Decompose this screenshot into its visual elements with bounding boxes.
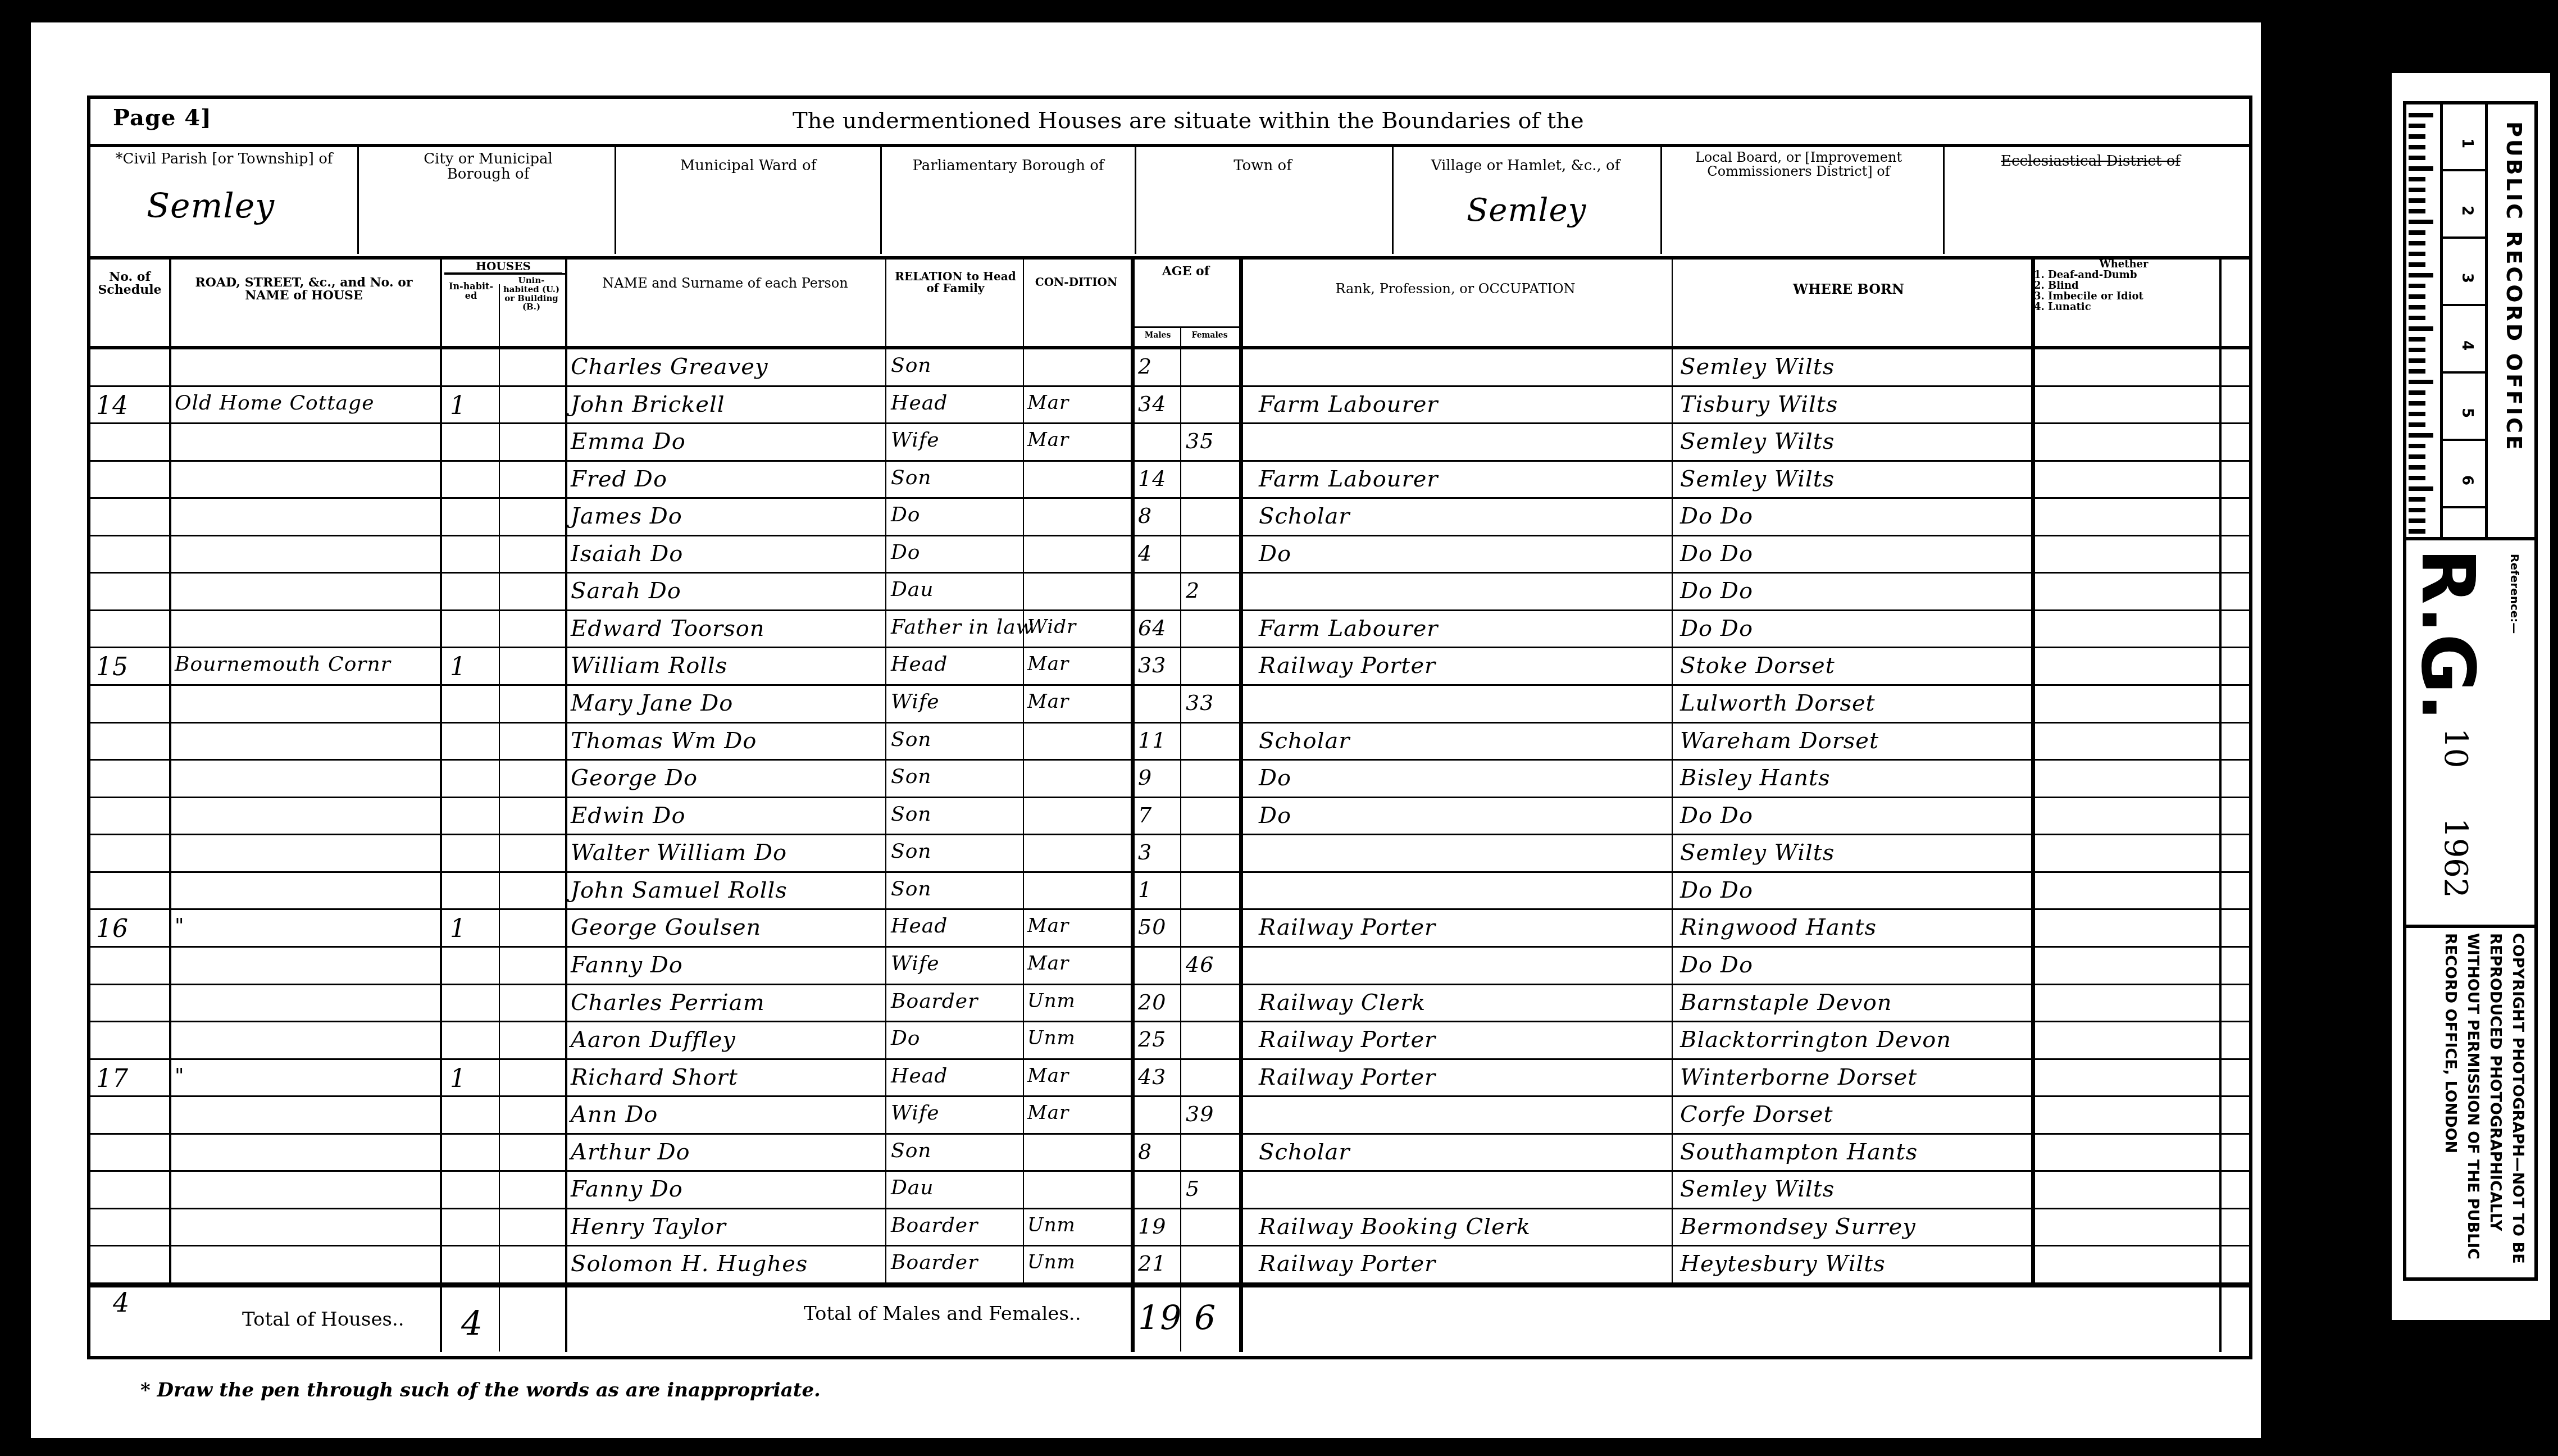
ruler-tick xyxy=(2409,252,2425,256)
table-row: Charles GreaveySon2Semley Wilts xyxy=(90,349,2249,387)
col-uninhabited: Unin-habited (U.) or Building (B.) xyxy=(500,276,562,312)
table-row: Henry TaylorBoarderUnm19Railway Booking … xyxy=(90,1209,2249,1247)
cell-relation: Wife xyxy=(891,1102,1023,1125)
cell-where-born: Do Do xyxy=(1680,616,2028,641)
ruler-number: 4 xyxy=(2459,340,2475,351)
col-schedule: No. of Schedule xyxy=(90,271,169,297)
cell-where-born: Corfe Dorset xyxy=(1680,1102,2028,1127)
cell-male-age: 2 xyxy=(1138,354,1180,379)
cell-male-age: 1 xyxy=(1138,877,1180,902)
houses-subdivider xyxy=(444,273,565,275)
cell-where-born: Lulworth Dorset xyxy=(1680,690,2028,716)
cell-condition: Unm xyxy=(1027,990,1128,1012)
table-row: Fred DoSon14Farm LabourerSemley Wilts xyxy=(90,462,2249,499)
reference-piece: 10 xyxy=(2437,728,2474,768)
col-inhabited: In-habit-ed xyxy=(444,282,498,301)
ruler-separator xyxy=(2443,236,2485,239)
cell-occupation: Farm Labourer xyxy=(1259,616,1669,641)
civil-parish-value: Semley xyxy=(147,186,275,226)
cell-relation: Boarder xyxy=(891,1214,1023,1237)
cell-where-born: Stoke Dorset xyxy=(1680,653,2028,679)
table-row: George DoSon9DoBisley Hants xyxy=(90,761,2249,798)
ruler-tick xyxy=(2409,316,2425,320)
cell-female-age: 35 xyxy=(1186,429,1236,453)
cell-relation: Son xyxy=(891,1139,1023,1162)
cell-where-born: Semley Wilts xyxy=(1680,1176,2028,1202)
ruler-separator xyxy=(2443,371,2485,374)
boundary-borough: City or Municipal Borough of xyxy=(359,147,616,254)
ruler-tick xyxy=(2409,134,2425,139)
cell-condition: Mar xyxy=(1027,1102,1128,1124)
reference-label: Reference:— xyxy=(2508,554,2521,634)
cell-condition: Mar xyxy=(1027,653,1128,675)
ruler-tick xyxy=(2409,444,2425,448)
ruler-separator xyxy=(2443,304,2485,306)
col-condition: CON-DITION xyxy=(1026,276,1127,288)
ruler xyxy=(2406,104,2443,537)
ruler-separator xyxy=(2443,169,2485,171)
table-row: Mary Jane DoWifeMar33Lulworth Dorset xyxy=(90,686,2249,724)
cell-male-age: 8 xyxy=(1138,503,1180,528)
col-houses: HOUSES xyxy=(444,261,562,274)
cell-female-age: 39 xyxy=(1186,1102,1236,1126)
boundary-row: *Civil Parish [or Township] of Semley Ci… xyxy=(90,147,2249,254)
cell-relation: Do xyxy=(891,541,1023,564)
record-office-strip: 123456 PUBLIC RECORD OFFICE R.G. Referen… xyxy=(2392,73,2550,1320)
cell-where-born: Blacktorrington Devon xyxy=(1680,1027,2028,1053)
table-row: Arthur DoSon8ScholarSouthampton Hants xyxy=(90,1135,2249,1172)
column-header-row: No. of Schedule ROAD, STREET, &c., and N… xyxy=(90,260,2249,351)
cell-condition: Unm xyxy=(1027,1027,1128,1049)
ruler-separator xyxy=(2443,506,2485,508)
cell-relation: Do xyxy=(891,1027,1023,1050)
ruler-tick xyxy=(2409,454,2425,459)
ruler-number: 1 xyxy=(2459,138,2475,148)
cell-relation: Do xyxy=(891,503,1023,526)
boundary-ward: Municipal Ward of xyxy=(616,147,882,254)
ruler-tick xyxy=(2409,156,2425,160)
cell-occupation: Railway Porter xyxy=(1259,1027,1669,1053)
cell-where-born: Semley Wilts xyxy=(1680,429,2028,454)
ruler-tick xyxy=(2409,124,2425,128)
total-houses-value: 4 xyxy=(461,1304,483,1344)
col-females: Females xyxy=(1183,331,1236,340)
total-males: 19 xyxy=(1138,1299,1182,1338)
cell-name: Ann Do xyxy=(571,1102,885,1127)
cell-female-age: 2 xyxy=(1186,578,1236,603)
cell-name: Aaron Duffley xyxy=(571,1027,885,1053)
table-row: Isaiah DoDo4DoDo Do xyxy=(90,536,2249,574)
cell-where-born: Tisbury Wilts xyxy=(1680,392,2028,417)
cell-relation: Son xyxy=(891,466,1023,489)
divider xyxy=(2406,537,2534,540)
table-row: Edwin DoSon7DoDo Do xyxy=(90,798,2249,836)
cell-inhabited: 1 xyxy=(450,1064,495,1093)
ruler-tick xyxy=(2409,262,2425,267)
cell-female-age: 46 xyxy=(1186,952,1236,977)
cell-relation: Dau xyxy=(891,1176,1023,1199)
cell-relation: Boarder xyxy=(891,1251,1023,1274)
table-row: Thomas Wm DoSon11ScholarWareham Dorset xyxy=(90,724,2249,761)
ruler-tick xyxy=(2409,422,2425,427)
cell-male-age: 33 xyxy=(1138,653,1180,677)
cell-relation: Son xyxy=(891,354,1023,377)
cell-occupation: Railway Porter xyxy=(1259,1251,1669,1277)
table-row: Aaron DuffleyDoUnm25Railway PorterBlackt… xyxy=(90,1022,2249,1060)
ruler-tick xyxy=(2409,348,2425,352)
cell-where-born: Do Do xyxy=(1680,803,2028,829)
cell-name: Arthur Do xyxy=(571,1139,885,1165)
ruler-tick xyxy=(2409,486,2433,491)
cell-relation: Dau xyxy=(891,578,1023,601)
ruler-tick xyxy=(2409,465,2425,470)
ruler-tick xyxy=(2409,337,2425,342)
cell-relation: Head xyxy=(891,914,1023,938)
cell-where-born: Semley Wilts xyxy=(1680,466,2028,492)
cell-inhabited: 1 xyxy=(450,914,495,943)
cell-schedule: 14 xyxy=(96,392,163,420)
cell-name: Edwin Do xyxy=(571,803,885,829)
ruler-tick xyxy=(2409,145,2425,149)
page-label: Page 4] xyxy=(113,104,212,131)
cell-where-born: Semley Wilts xyxy=(1680,840,2028,866)
cell-condition: Mar xyxy=(1027,690,1128,713)
cell-name: George Goulsen xyxy=(571,914,885,940)
cell-where-born: Winterborne Dorset xyxy=(1680,1064,2028,1090)
ruler-tick xyxy=(2409,198,2425,203)
ruler-tick xyxy=(2409,230,2425,235)
ruler-number-band: 123456 xyxy=(2443,104,2488,537)
cell-name: Emma Do xyxy=(571,429,885,454)
cell-male-age: 64 xyxy=(1138,616,1180,640)
cell-male-age: 50 xyxy=(1138,914,1180,939)
cell-condition: Mar xyxy=(1027,429,1128,451)
cell-road: Bournemouth Cornr xyxy=(175,653,439,676)
cell-condition: Mar xyxy=(1027,952,1128,975)
ruler-tick xyxy=(2409,209,2425,213)
ruler-number: 5 xyxy=(2459,408,2475,418)
ruler-tick xyxy=(2409,220,2433,224)
cell-male-age: 11 xyxy=(1138,728,1180,753)
cell-where-born: Bisley Hants xyxy=(1680,765,2028,791)
total-females: 6 xyxy=(1194,1299,1216,1338)
cell-schedule: 17 xyxy=(96,1064,163,1093)
table-row: 17"1Richard ShortHeadMar43Railway Porter… xyxy=(90,1060,2249,1098)
cell-male-age: 14 xyxy=(1138,466,1180,491)
cell-schedule: 16 xyxy=(96,914,163,943)
cell-occupation: Do xyxy=(1259,803,1669,829)
cell-name: Charles Perriam xyxy=(571,990,885,1016)
cell-relation: Father in law xyxy=(891,616,1023,639)
cell-male-age: 19 xyxy=(1138,1214,1180,1239)
cell-occupation: Scholar xyxy=(1259,503,1669,529)
cell-road: " xyxy=(175,914,439,938)
cell-occupation: Farm Labourer xyxy=(1259,392,1669,417)
cell-occupation: Railway Porter xyxy=(1259,1064,1669,1090)
cell-schedule: 15 xyxy=(96,653,163,681)
boundary-ecclesiastical: Ecclesiastical District of xyxy=(1945,147,2248,254)
ruler-tick xyxy=(2409,358,2425,363)
col-occupation: Rank, Profession, or OCCUPATION xyxy=(1248,282,1663,296)
cell-name: John Brickell xyxy=(571,392,885,417)
cell-male-age: 3 xyxy=(1138,840,1180,865)
cell-name: Walter William Do xyxy=(571,840,885,866)
cell-relation: Head xyxy=(891,392,1023,415)
cell-where-born: Do Do xyxy=(1680,578,2028,604)
cell-occupation: Farm Labourer xyxy=(1259,466,1669,492)
page-banner: The undermentioned Houses are situate wi… xyxy=(793,109,1584,133)
cell-name: William Rolls xyxy=(571,653,885,679)
total-schedules: 4 xyxy=(113,1287,130,1318)
table-row: Sarah DoDau2Do Do xyxy=(90,574,2249,611)
boundary-village: Village or Hamlet, &c., of Semley xyxy=(1394,147,1662,254)
table-row: John Samuel RollsSon1Do Do xyxy=(90,873,2249,911)
cell-inhabited: 1 xyxy=(450,392,495,420)
col-where-born: WHERE BORN xyxy=(1674,282,2023,296)
ruler-tick xyxy=(2409,380,2433,384)
cell-name: Sarah Do xyxy=(571,578,885,604)
cell-condition: Mar xyxy=(1027,1064,1128,1087)
boundary-civil-parish: *Civil Parish [or Township] of Semley xyxy=(90,147,359,254)
cell-name: Isaiah Do xyxy=(571,541,885,567)
census-entries: Charles GreaveySon2Semley Wilts14Old Hom… xyxy=(90,349,2249,1284)
cell-occupation: Railway Porter xyxy=(1259,653,1669,679)
cell-relation: Head xyxy=(891,653,1023,676)
cell-occupation: Scholar xyxy=(1259,1139,1669,1165)
cell-condition: Mar xyxy=(1027,914,1128,937)
ruler-tick xyxy=(2409,177,2425,181)
ruler-separator xyxy=(2443,439,2485,441)
village-value: Semley xyxy=(1467,192,1586,229)
record-office-title: PUBLIC RECORD OFFICE xyxy=(2502,121,2527,452)
cell-inhabited: 1 xyxy=(450,653,495,681)
cell-condition: Mar xyxy=(1027,392,1128,414)
table-row: Fanny DoWifeMar46Do Do xyxy=(90,948,2249,985)
cell-male-age: 8 xyxy=(1138,1139,1180,1164)
cell-name: Fanny Do xyxy=(571,952,885,978)
table-row: 15Bournemouth Cornr1William RollsHeadMar… xyxy=(90,648,2249,686)
ruler-tick xyxy=(2409,273,2433,277)
ruler-tick xyxy=(2409,412,2425,416)
ruler-tick xyxy=(2409,166,2433,171)
cell-name: Edward Toorson xyxy=(571,616,885,641)
ruler-tick xyxy=(2409,433,2433,438)
cell-where-born: Do Do xyxy=(1680,877,2028,903)
cell-relation: Son xyxy=(891,877,1023,900)
cell-occupation: Do xyxy=(1259,765,1669,791)
cell-where-born: Semley Wilts xyxy=(1680,354,2028,380)
cell-female-age: 33 xyxy=(1186,690,1236,715)
cell-condition: Unm xyxy=(1027,1214,1128,1236)
cell-name: John Samuel Rolls xyxy=(571,877,885,903)
cell-condition: Unm xyxy=(1027,1251,1128,1273)
cell-relation: Son xyxy=(891,765,1023,788)
ruler-tick xyxy=(2409,326,2433,331)
cell-relation: Wife xyxy=(891,429,1023,452)
cell-name: Charles Greavey xyxy=(571,354,885,380)
cell-where-born: Ringwood Hants xyxy=(1680,914,2028,940)
ruler-tick xyxy=(2409,401,2425,406)
cell-name: Mary Jane Do xyxy=(571,690,885,716)
table-row: 16"1George GoulsenHeadMar50Railway Porte… xyxy=(90,910,2249,948)
cell-where-born: Barnstaple Devon xyxy=(1680,990,2028,1016)
cell-male-age: 43 xyxy=(1138,1064,1180,1089)
cell-occupation: Railway Porter xyxy=(1259,914,1669,940)
cell-name: George Do xyxy=(571,765,885,791)
ruler-tick xyxy=(2409,188,2425,192)
cell-name: Fred Do xyxy=(571,466,885,492)
ruler-tick xyxy=(2409,284,2425,288)
col-age: AGE of xyxy=(1135,265,1236,278)
cell-relation: Head xyxy=(891,1064,1023,1088)
cell-name: Solomon H. Hughes xyxy=(571,1251,885,1277)
cell-relation: Wife xyxy=(891,952,1023,975)
cell-male-age: 25 xyxy=(1138,1027,1180,1052)
ruler-tick xyxy=(2409,476,2425,480)
cell-relation: Son xyxy=(891,840,1023,863)
table-row: Fanny DoDau5Semley Wilts xyxy=(90,1172,2249,1209)
table-row: Charles PerriamBoarderUnm20Railway Clerk… xyxy=(90,985,2249,1023)
table-row: Walter William DoSon3Semley Wilts xyxy=(90,835,2249,873)
col-relation: RELATION to Head of Family xyxy=(888,271,1023,294)
cell-male-age: 9 xyxy=(1138,765,1180,790)
ruler-number: 2 xyxy=(2459,206,2475,216)
table-row: Ann DoWifeMar39Corfe Dorset xyxy=(90,1097,2249,1135)
ruler-number: 3 xyxy=(2459,273,2475,283)
cell-where-born: Do Do xyxy=(1680,541,2028,567)
footnote: * Draw the pen through such of the words… xyxy=(140,1379,821,1402)
col-road: ROAD, STREET, &c., and No. or NAME of HO… xyxy=(175,276,433,302)
cell-where-born: Heytesbury Wilts xyxy=(1680,1251,2028,1277)
ruler-tick xyxy=(2409,369,2425,374)
cell-occupation: Do xyxy=(1259,541,1669,567)
cell-name: Fanny Do xyxy=(571,1176,885,1202)
total-persons-label: Total of Males and Females.. xyxy=(804,1304,1081,1325)
cell-male-age: 7 xyxy=(1138,803,1180,827)
cell-male-age: 4 xyxy=(1138,541,1180,566)
cell-occupation: Scholar xyxy=(1259,728,1669,754)
cell-condition: Widr xyxy=(1027,616,1128,638)
cell-relation: Boarder xyxy=(891,990,1023,1013)
ruler-tick xyxy=(2409,497,2425,502)
cell-name: Henry Taylor xyxy=(571,1214,885,1240)
cell-relation: Son xyxy=(891,803,1023,826)
table-row: Emma DoWifeMar35Semley Wilts xyxy=(90,424,2249,462)
cell-where-born: Wareham Dorset xyxy=(1680,728,2028,754)
cell-occupation: Railway Booking Clerk xyxy=(1259,1214,1669,1240)
cell-name: Richard Short xyxy=(571,1064,885,1090)
ruler-tick xyxy=(2409,241,2425,245)
ruler-tick xyxy=(2409,529,2425,534)
cell-male-age: 21 xyxy=(1138,1251,1180,1276)
ruler-tick xyxy=(2409,294,2425,299)
census-form: Page 4] The undermentioned Houses are si… xyxy=(87,95,2252,1359)
table-row: James DoDo8ScholarDo Do xyxy=(90,499,2249,536)
table-row: Edward ToorsonFather in lawWidr64Farm La… xyxy=(90,611,2249,649)
table-row: Solomon H. HughesBoarderUnm21Railway Por… xyxy=(90,1246,2249,1284)
age-subdivider xyxy=(1132,326,1239,328)
cell-road: Old Home Cottage xyxy=(175,392,439,415)
col-males: Males xyxy=(1135,331,1180,340)
total-houses-label: Total of Houses.. xyxy=(242,1310,404,1330)
table-row: 14Old Home Cottage1John BrickellHeadMar3… xyxy=(90,387,2249,425)
ruler-tick xyxy=(2409,113,2433,117)
ruler-number: 6 xyxy=(2459,475,2475,485)
cell-where-born: Do Do xyxy=(1680,952,2028,978)
col-name: NAME and Surname of each Person xyxy=(568,276,882,290)
cell-where-born: Do Do xyxy=(1680,503,2028,529)
ruler-tick xyxy=(2409,390,2425,395)
cell-relation: Wife xyxy=(891,690,1023,713)
cell-female-age: 5 xyxy=(1186,1176,1236,1201)
ruler-tick xyxy=(2409,305,2425,310)
cell-name: James Do xyxy=(571,503,885,529)
cell-where-born: Bermondsey Surrey xyxy=(1680,1214,2028,1240)
col-infirmity: Whether 1. Deaf-and-Dumb 2. Blind 3. Imb… xyxy=(2034,260,2214,312)
cell-male-age: 20 xyxy=(1138,990,1180,1014)
reference-folio: 1962 xyxy=(2437,818,2474,898)
copyright-notice: COPYRIGHT PHOTOGRAPH—NOT TO BE REPRODUCE… xyxy=(2439,933,2529,1270)
cell-where-born: Southampton Hants xyxy=(1680,1139,2028,1165)
cell-occupation: Railway Clerk xyxy=(1259,990,1669,1016)
cell-relation: Son xyxy=(891,728,1023,751)
cell-road: " xyxy=(175,1064,439,1088)
boundary-town: Town of xyxy=(1136,147,1394,254)
ruler-tick xyxy=(2409,508,2425,512)
divider xyxy=(2406,925,2534,928)
boundary-parliamentary: Parliamentary Borough of xyxy=(882,147,1136,254)
reference-series: R.G. xyxy=(2405,548,2491,721)
totals-row: 4 Total of Houses.. 4 Total of Males and… xyxy=(90,1287,2249,1355)
cell-male-age: 34 xyxy=(1138,392,1180,416)
boundary-local-board: Local Board, or [Improvement Commissione… xyxy=(1662,147,1945,254)
cell-name: Thomas Wm Do xyxy=(571,728,885,754)
ruler-tick xyxy=(2409,518,2425,523)
